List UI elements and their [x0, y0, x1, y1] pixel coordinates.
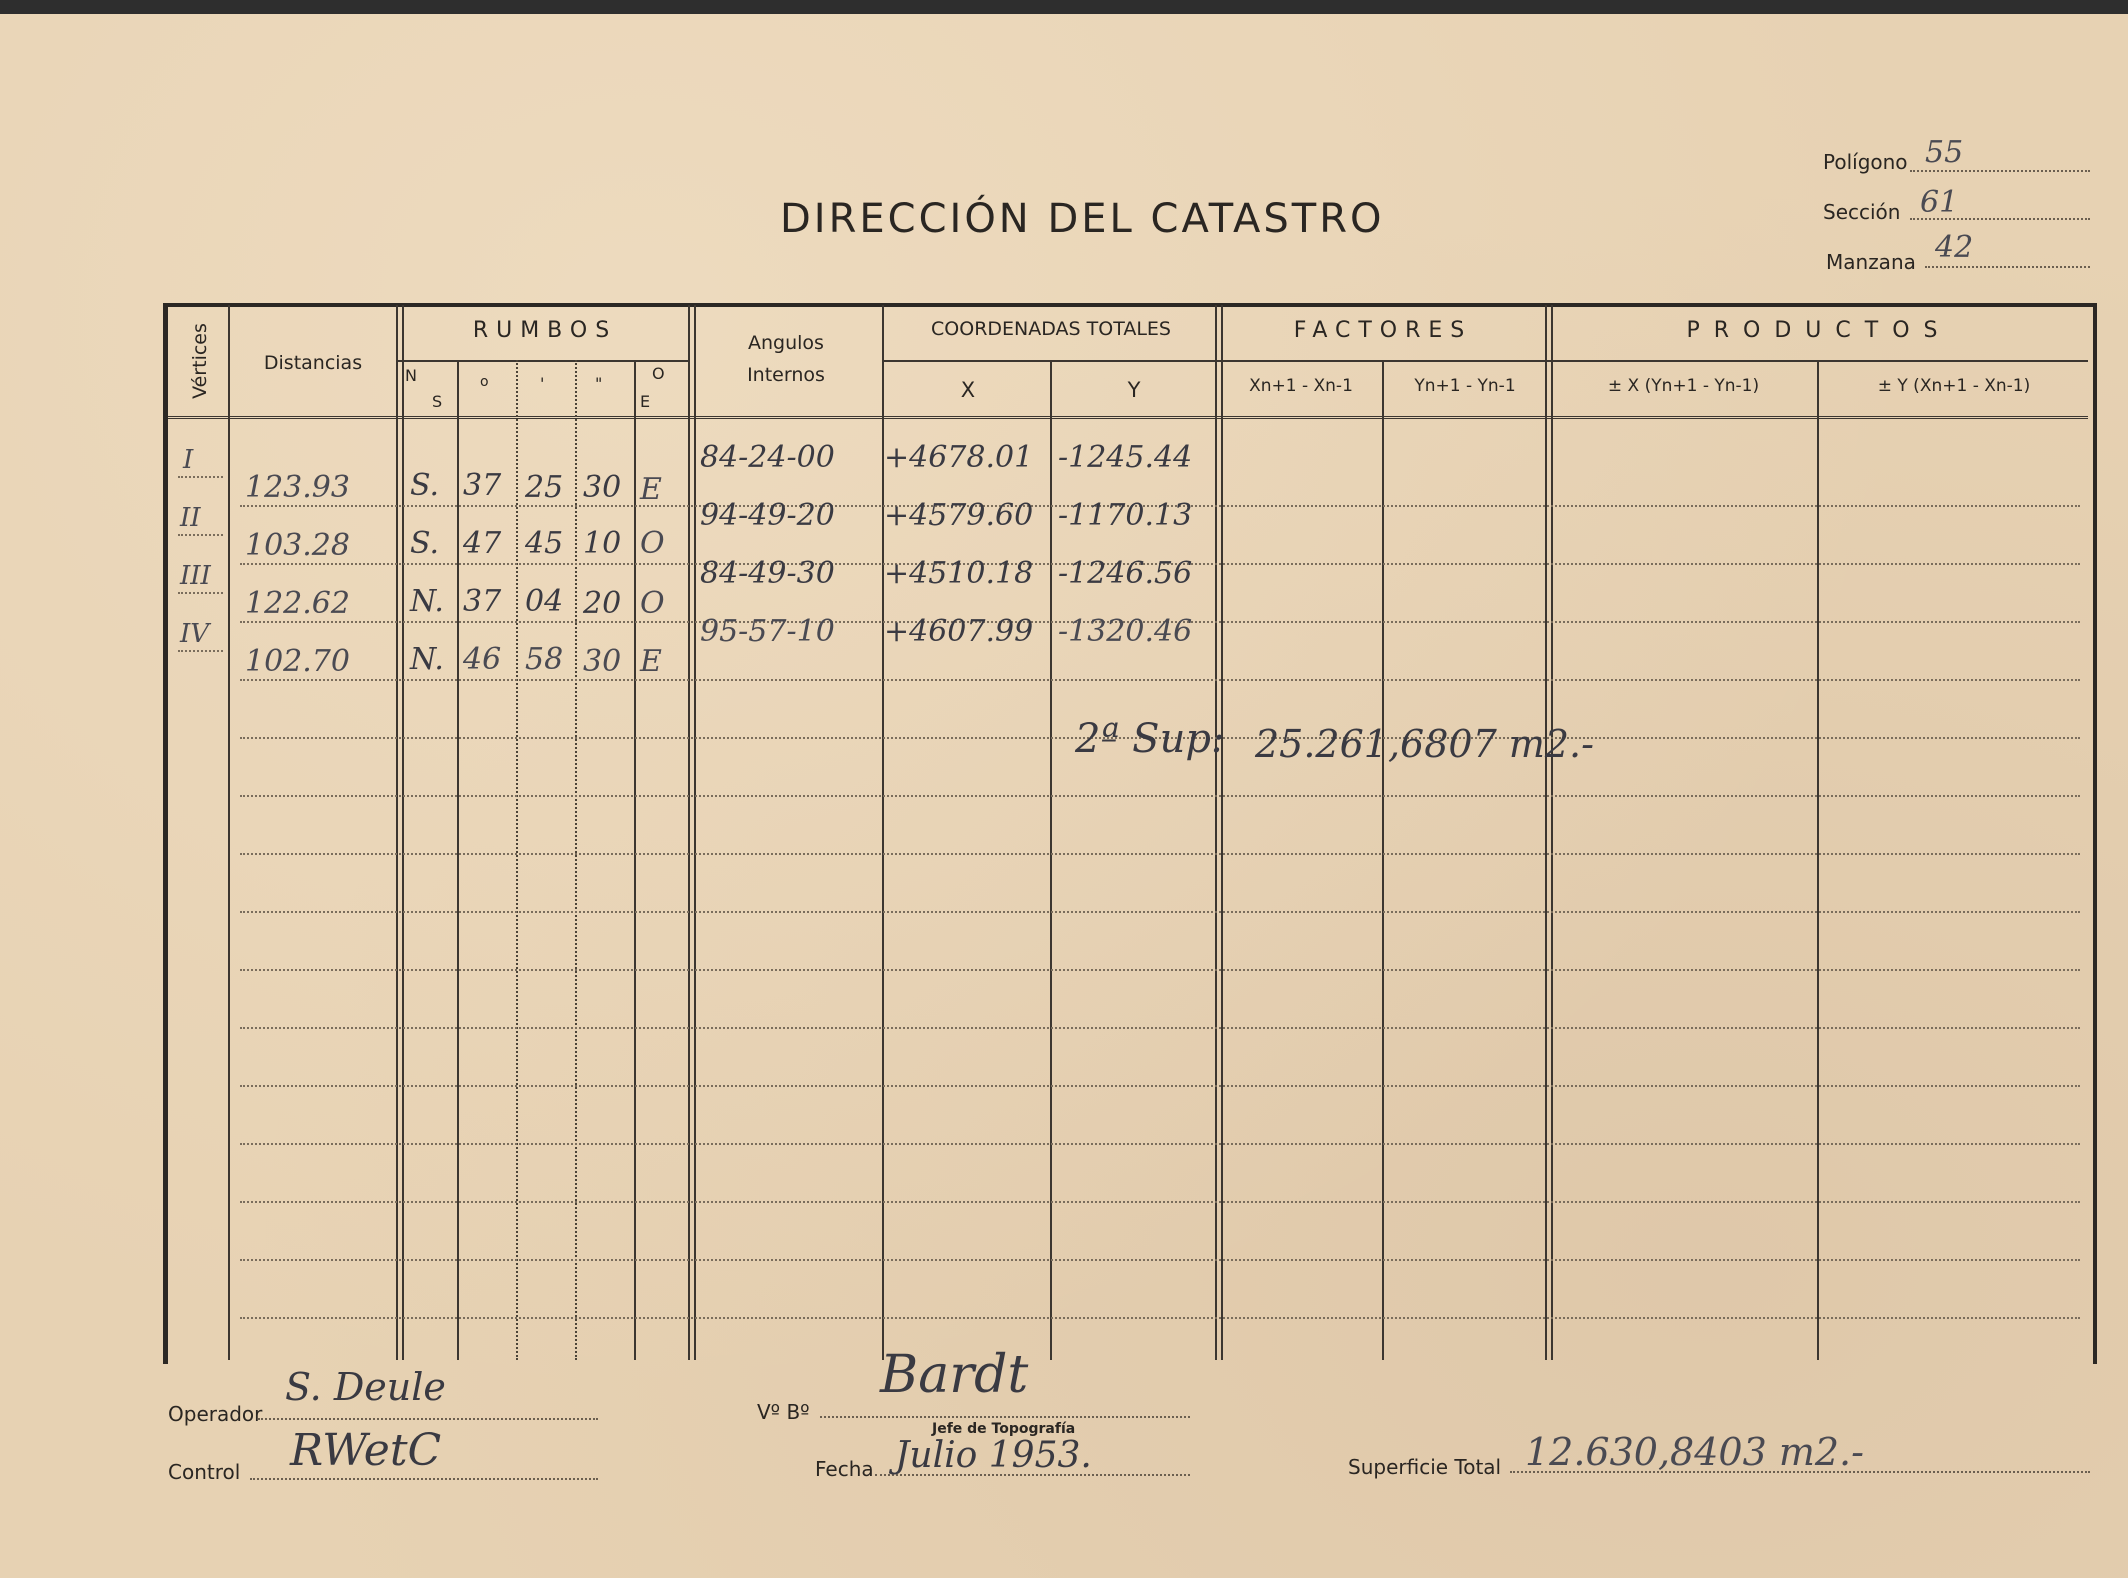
header-factor-y: Yn+1 - Yn-1	[1385, 376, 1545, 396]
vobo-label: Vº Bº	[757, 1400, 810, 1424]
header-minutes: '	[540, 374, 544, 393]
header-seconds: "	[595, 374, 602, 393]
manzana-label: Manzana	[1826, 250, 1916, 274]
vertex-label: IV	[180, 619, 209, 649]
vertex-label: III	[180, 561, 211, 591]
min-cell[interactable]: 58	[525, 642, 563, 677]
manzana-line	[1925, 266, 2090, 268]
oe-cell[interactable]: E	[640, 472, 662, 507]
header-rumbos: RUMBOS	[400, 318, 690, 343]
col-divider	[1050, 360, 1052, 1360]
min-cell[interactable]: 25	[525, 470, 563, 505]
y-cell[interactable]: -1245.44	[1058, 440, 1192, 475]
sec-cell[interactable]: 30	[583, 644, 621, 679]
header-vertices: Vértices	[189, 321, 211, 401]
deg-cell[interactable]: 37	[463, 584, 501, 619]
vobo-signature[interactable]: Bardt	[880, 1345, 1028, 1405]
vertex-label: II	[180, 503, 201, 533]
x-cell[interactable]: +4607.99	[884, 614, 1033, 649]
deg-cell[interactable]: 46	[463, 642, 501, 677]
superficie-total-value[interactable]: 12.630,8403 m2.-	[1525, 1430, 1864, 1474]
poligono-value[interactable]: 55	[1925, 135, 1963, 170]
x-cell[interactable]: +4579.60	[884, 498, 1033, 533]
header-x: X	[886, 378, 1050, 402]
oe-cell[interactable]: E	[640, 644, 662, 679]
vobo-line	[820, 1416, 1190, 1418]
operador-label: Operador	[168, 1402, 262, 1426]
angulo-cell[interactable]: 84-24-00	[700, 440, 835, 475]
distancia-cell[interactable]: 123.93	[245, 470, 350, 505]
header-rumbos-n: N	[405, 366, 417, 385]
ns-cell[interactable]: S.	[410, 468, 439, 503]
vertex-label: I	[183, 445, 193, 475]
ns-cell[interactable]: N.	[410, 584, 444, 619]
header-degrees: o	[480, 374, 489, 390]
col-divider	[634, 360, 636, 1360]
sec-cell[interactable]: 10	[583, 526, 621, 561]
distancia-cell[interactable]: 102.70	[245, 644, 350, 679]
operador-signature[interactable]: S. Deule	[285, 1365, 446, 1409]
header-productos: PRODUCTOS	[1550, 318, 2088, 343]
operador-line	[258, 1418, 598, 1420]
cadastral-form-sheet: DIRECCIÓN DEL CATASTRO Polígono 55 Secci…	[0, 0, 2128, 1578]
header-producto-y: ± Y (Xn+1 - Xn-1)	[1820, 376, 2088, 396]
sec-cell[interactable]: 20	[583, 586, 621, 621]
deg-cell[interactable]: 37	[463, 468, 501, 503]
control-line	[250, 1478, 598, 1480]
rumbos-divider	[398, 360, 690, 362]
poligono-line	[1910, 170, 2090, 172]
header-bottom-line	[168, 416, 2088, 419]
header-factor-x: Xn+1 - Xn-1	[1220, 376, 1382, 396]
header-distancias: Distancias	[230, 352, 396, 374]
y-cell[interactable]: -1246.56	[1058, 556, 1192, 591]
distancia-cell[interactable]: 103.28	[245, 528, 350, 563]
header-rumbos-o: O	[652, 364, 665, 383]
header-factores: FACTORES	[1220, 318, 1546, 343]
superficie-total-label: Superficie Total	[1348, 1455, 1501, 1479]
document-title: DIRECCIÓN DEL CATASTRO	[780, 196, 1385, 242]
deg-cell[interactable]: 47	[463, 526, 501, 561]
second-surface-value[interactable]: 25.261,6807 m2.-	[1255, 722, 1594, 766]
header-divider	[883, 360, 2088, 362]
angulo-cell[interactable]: 95-57-10	[700, 614, 835, 649]
col-divider	[575, 360, 577, 1360]
sec-cell[interactable]: 30	[583, 470, 621, 505]
col-divider	[516, 360, 518, 1360]
fecha-label: Fecha	[815, 1457, 874, 1481]
header-rumbos-s: S	[432, 392, 442, 411]
col-divider	[1817, 360, 1819, 1360]
seccion-label: Sección	[1823, 200, 1900, 224]
header-angulos: Angulos	[692, 332, 880, 354]
ns-cell[interactable]: S.	[410, 526, 439, 561]
second-surface-label: 2ª Sup:	[1075, 716, 1224, 762]
seccion-value[interactable]: 61	[1920, 185, 1958, 220]
x-cell[interactable]: +4510.18	[884, 556, 1033, 591]
control-signature[interactable]: RWetC	[290, 1425, 441, 1476]
distancia-cell[interactable]: 122.62	[245, 586, 350, 621]
min-cell[interactable]: 04	[525, 584, 563, 619]
angulo-cell[interactable]: 94-49-20	[700, 498, 835, 533]
x-cell[interactable]: +4678.01	[884, 440, 1033, 475]
ns-cell[interactable]: N.	[410, 642, 444, 677]
fecha-value[interactable]: Julio 1953.	[895, 1435, 1092, 1476]
oe-cell[interactable]: O	[640, 526, 665, 561]
y-cell[interactable]: -1170.13	[1058, 498, 1192, 533]
oe-cell[interactable]: O	[640, 586, 665, 621]
header-internos: Internos	[692, 364, 880, 386]
header-coordenadas: COORDENADAS TOTALES	[886, 318, 1216, 340]
header-rumbos-e: E	[640, 392, 650, 411]
manzana-value[interactable]: 42	[1935, 230, 1973, 265]
header-producto-x: ± X (Yn+1 - Yn-1)	[1550, 376, 1817, 396]
poligono-label: Polígono	[1823, 150, 1908, 174]
y-cell[interactable]: -1320.46	[1058, 614, 1192, 649]
angulo-cell[interactable]: 84-49-30	[700, 556, 835, 591]
header-y: Y	[1052, 378, 1216, 402]
col-divider	[457, 360, 459, 1360]
col-divider	[228, 305, 230, 1360]
col-divider	[1382, 360, 1384, 1360]
control-label: Control	[168, 1460, 240, 1484]
scan-border	[0, 0, 2128, 14]
min-cell[interactable]: 45	[525, 526, 563, 561]
